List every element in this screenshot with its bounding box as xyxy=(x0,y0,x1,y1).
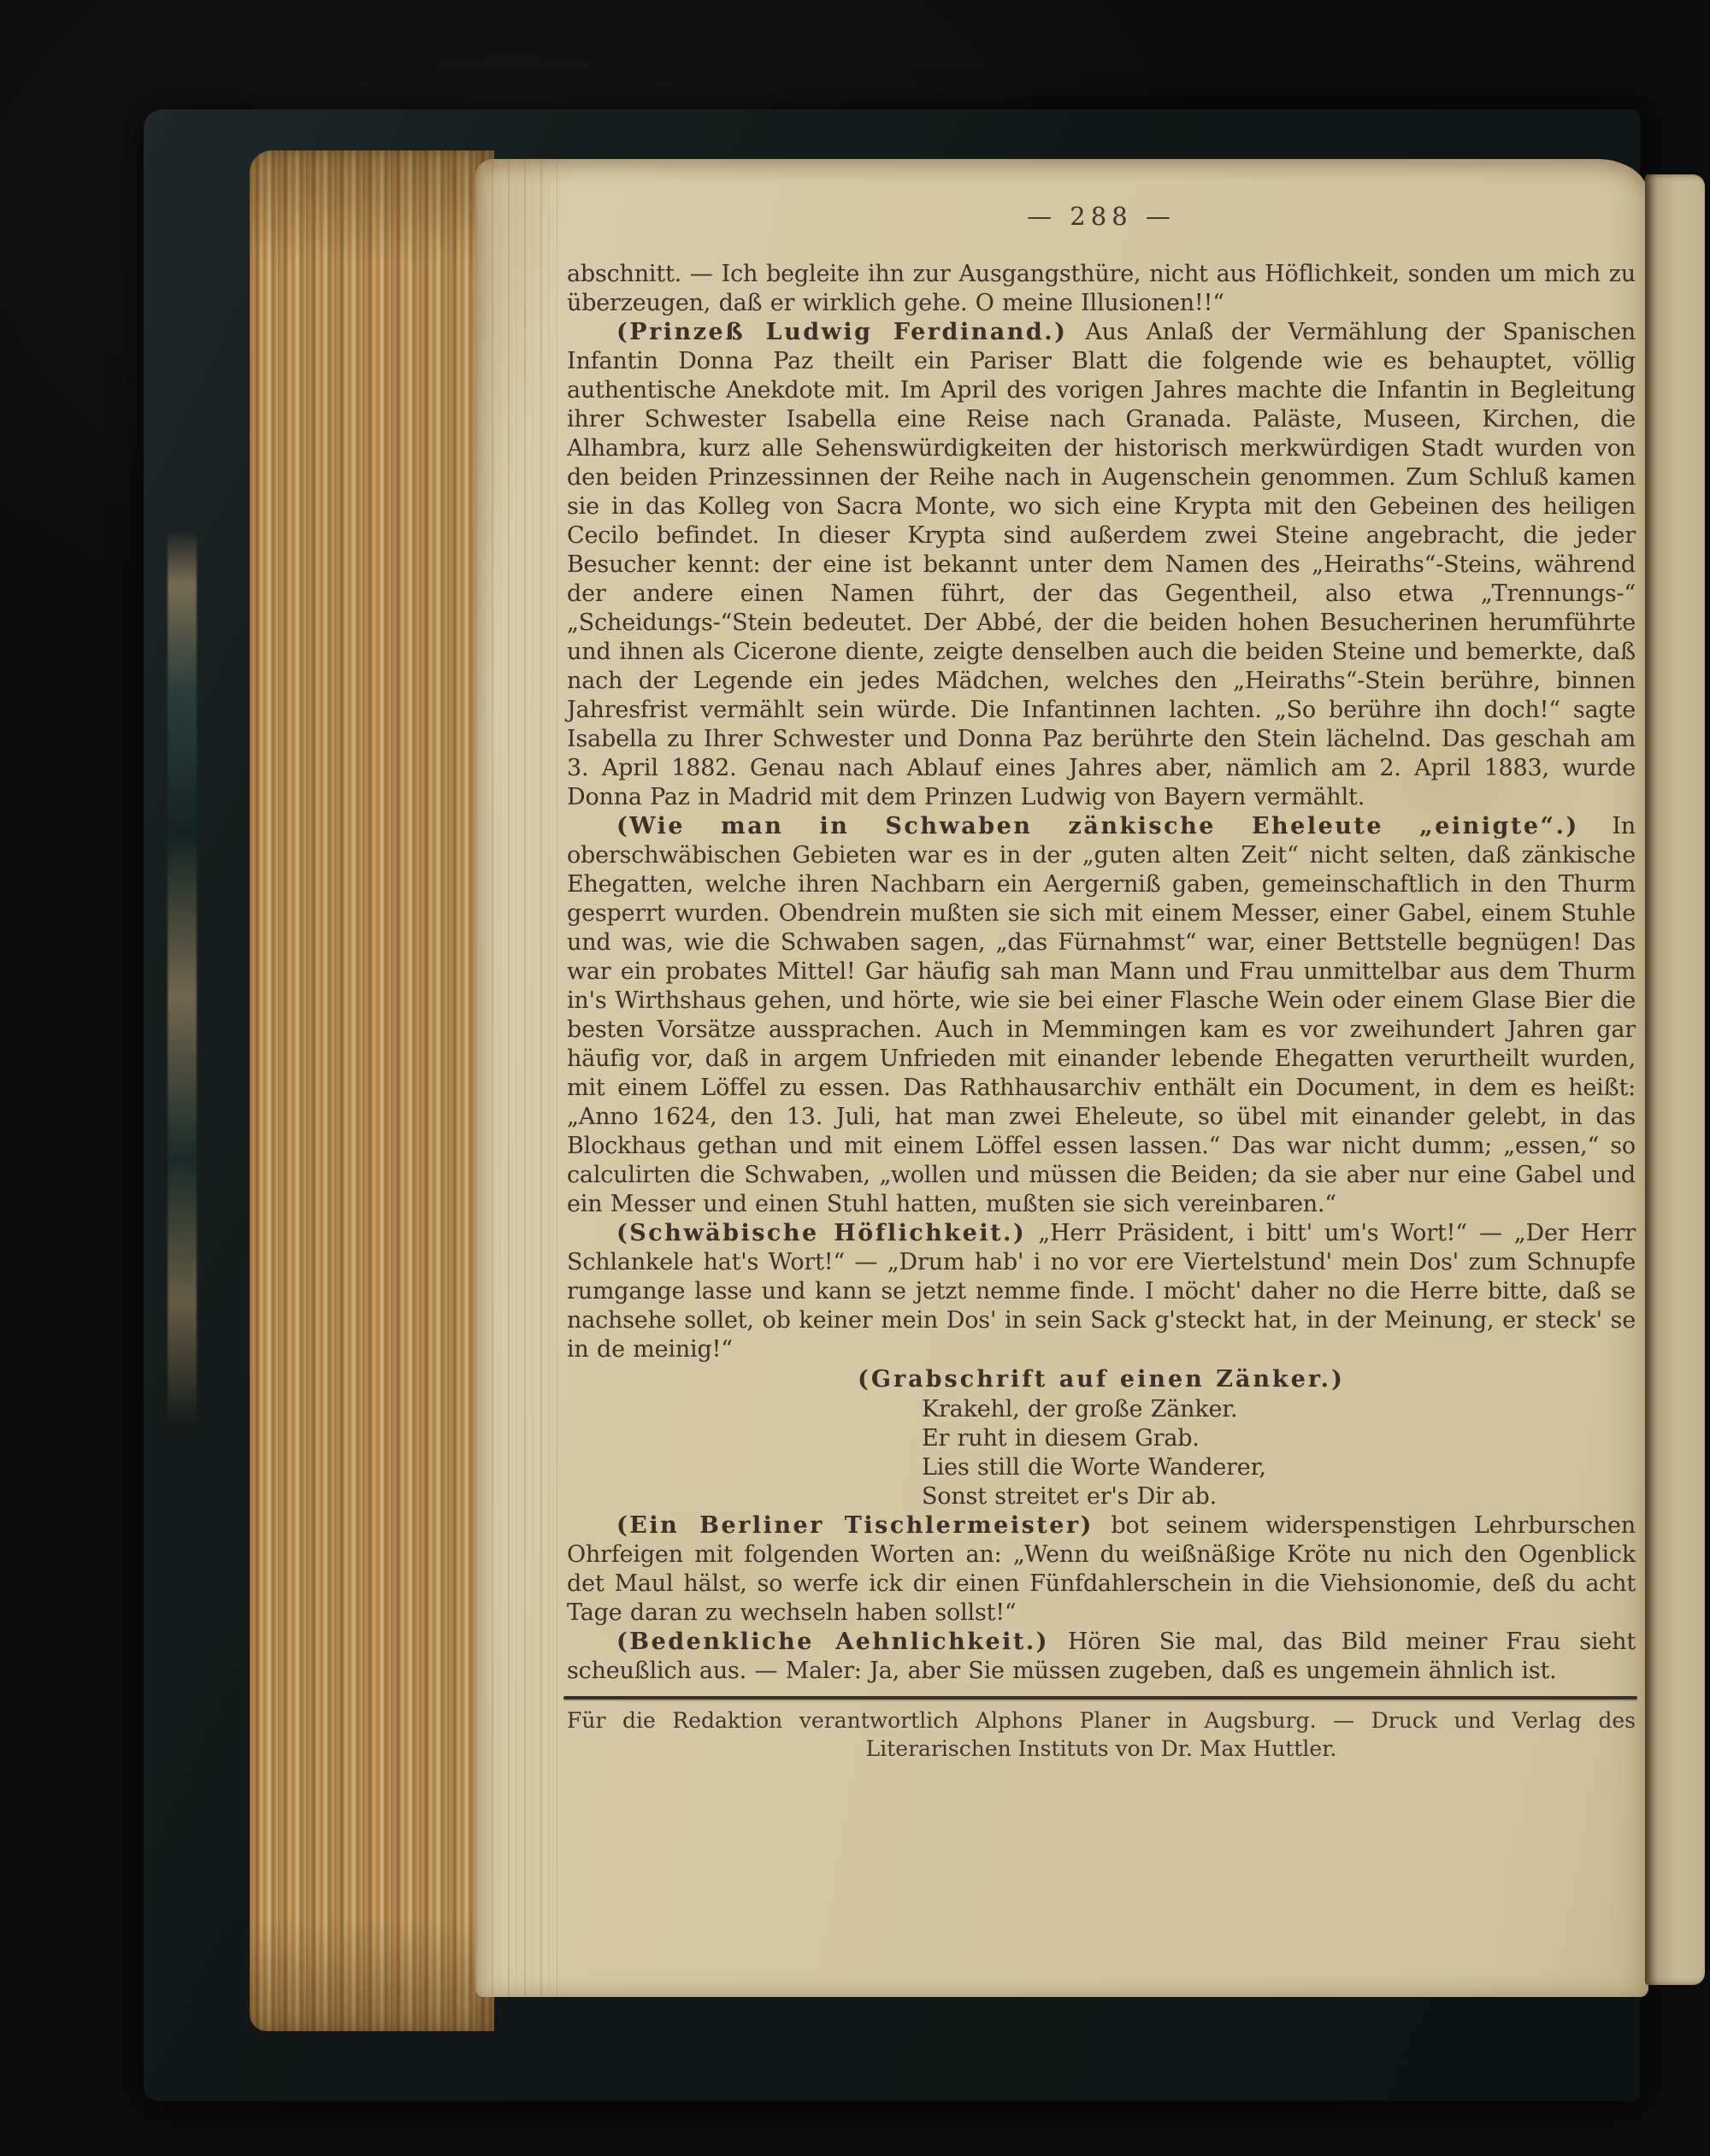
paragraph-text: In oberschwäbischen Gebieten war es in d… xyxy=(567,813,1636,1217)
imprint-line: Für die Redaktion verantwortlich Alphons… xyxy=(567,1706,1636,1763)
paragraph-text: abschnitt. — Ich begleite ihn zur Ausgan… xyxy=(567,261,1636,316)
poem-line: Krakehl, der große Zänker. xyxy=(922,1395,1636,1424)
paragraph-bedenkliche-aehnlichkeit: (Bedenkliche Aehnlichkeit.) Hören Sie ma… xyxy=(567,1628,1636,1686)
book-photo: — 288 — abschnitt. — Ich begleite ihn zu… xyxy=(0,0,1710,2156)
cover-edge-tear xyxy=(168,530,197,1428)
poem-line: Er ruht in diesem Grab. xyxy=(922,1424,1636,1453)
footer-divider xyxy=(563,1696,1637,1699)
article-heading: (Prinzeß Ludwig Ferdinand.) xyxy=(616,319,1067,345)
article-heading: (Wie man in Schwaben zänkische Eheleute … xyxy=(616,813,1579,839)
poem-line: Sonst streitet er's Dir ab. xyxy=(922,1482,1636,1511)
page-text: abschnitt. — Ich begleite ihn zur Ausgan… xyxy=(567,260,1636,1686)
page-edge-stack xyxy=(250,150,494,2031)
epitaph-poem: Krakehl, der große Zänker. Er ruht in di… xyxy=(567,1395,1636,1511)
paragraph-continuation: abschnitt. — Ich begleite ihn zur Ausgan… xyxy=(567,260,1636,318)
paragraph-berliner-tischlermeister: (Ein Berliner Tischlermeister) bot seine… xyxy=(567,1511,1636,1628)
page-number: — 288 — xyxy=(567,202,1636,231)
poem-line: Lies still die Worte Wanderer, xyxy=(922,1453,1636,1482)
paragraph-text: Aus Anlaß der Vermählung der Spanischen … xyxy=(567,319,1636,810)
article-heading: (Schwäbische Höflichkeit.) xyxy=(616,1220,1026,1246)
paragraph-schwaebische-hoeflichkeit: (Schwäbische Höflichkeit.) „Herr Präside… xyxy=(567,1219,1636,1364)
article-heading: (Bedenkliche Aehnlichkeit.) xyxy=(616,1629,1049,1655)
book-page: — 288 — abschnitt. — Ich begleite ihn zu… xyxy=(475,159,1648,1997)
article-heading: (Ein Berliner Tischlermeister) xyxy=(616,1512,1094,1539)
page-right-edge xyxy=(1645,174,1705,1985)
paragraph-schwaben-eheleute: (Wie man in Schwaben zänkische Eheleute … xyxy=(567,812,1636,1219)
epitaph-heading: (Grabschrift auf einen Zänker.) xyxy=(567,1364,1636,1395)
page-gutter-texture xyxy=(475,159,557,1997)
paragraph-prinzess-ludwig-ferdinand: (Prinzeß Ludwig Ferdinand.) Aus Anlaß de… xyxy=(567,318,1636,812)
